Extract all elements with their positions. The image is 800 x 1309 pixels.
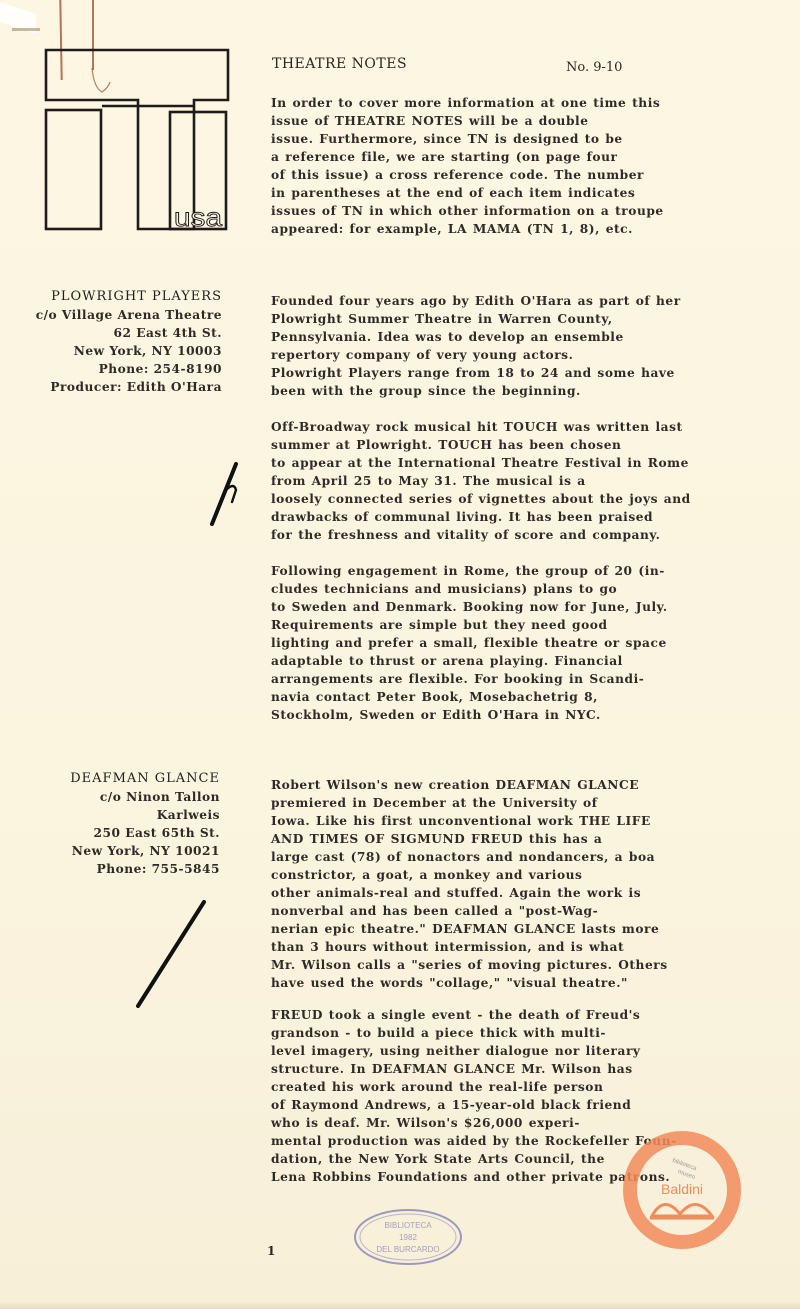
handwritten-check-mark [206, 460, 246, 530]
troupe-address-deafman-glance: DEAFMAN GLANCE c/o Ninon Tallon Karlweis… [20, 770, 220, 878]
troupe-name: PLOWRIGHT PLAYERS [22, 288, 222, 306]
issue-number: No. 9-10 [566, 60, 622, 75]
plowright-paragraph-3: Following engagement in Rome, the group … [271, 562, 721, 724]
handwritten-slash-mark [130, 896, 210, 1012]
library-stamp-line-1: BIBLIOTECA [384, 1221, 432, 1230]
troupe-address-plowright: PLOWRIGHT PLAYERS c/o Village Arena Thea… [22, 288, 222, 396]
plowright-paragraph-2: Off-Broadway rock musical hit TOUCH was … [271, 418, 721, 544]
deafman-paragraph-1: Robert Wilson's new creation DEAFMAN GLA… [271, 776, 721, 992]
folded-corner-shadow [12, 28, 40, 31]
intro-paragraph: In order to cover more information at on… [271, 94, 721, 238]
document-page: usa THEATRE NOTES No. 9-10 In order to c… [0, 0, 800, 1309]
baldini-library-stamp: biblioteca museo Baldini [622, 1130, 742, 1250]
page-bottom-edge [0, 1301, 800, 1309]
library-stamp-line-2: 1982 [399, 1233, 417, 1242]
newsletter-title: THEATRE NOTES [272, 56, 407, 72]
page-number: 1 [267, 1244, 275, 1258]
theatre-usa-logo: usa [44, 48, 230, 234]
baldini-stamp-name: Baldini [661, 1181, 703, 1197]
logo-usa-label: usa [174, 202, 223, 232]
troupe-name: DEAFMAN GLANCE [20, 770, 220, 788]
library-stamp-line-3: DEL BURCARDO [376, 1245, 439, 1254]
library-ownership-stamp: BIBLIOTECA 1982 DEL BURCARDO [352, 1206, 464, 1268]
plowright-paragraph-1: Founded four years ago by Edith O'Hara a… [271, 292, 721, 400]
